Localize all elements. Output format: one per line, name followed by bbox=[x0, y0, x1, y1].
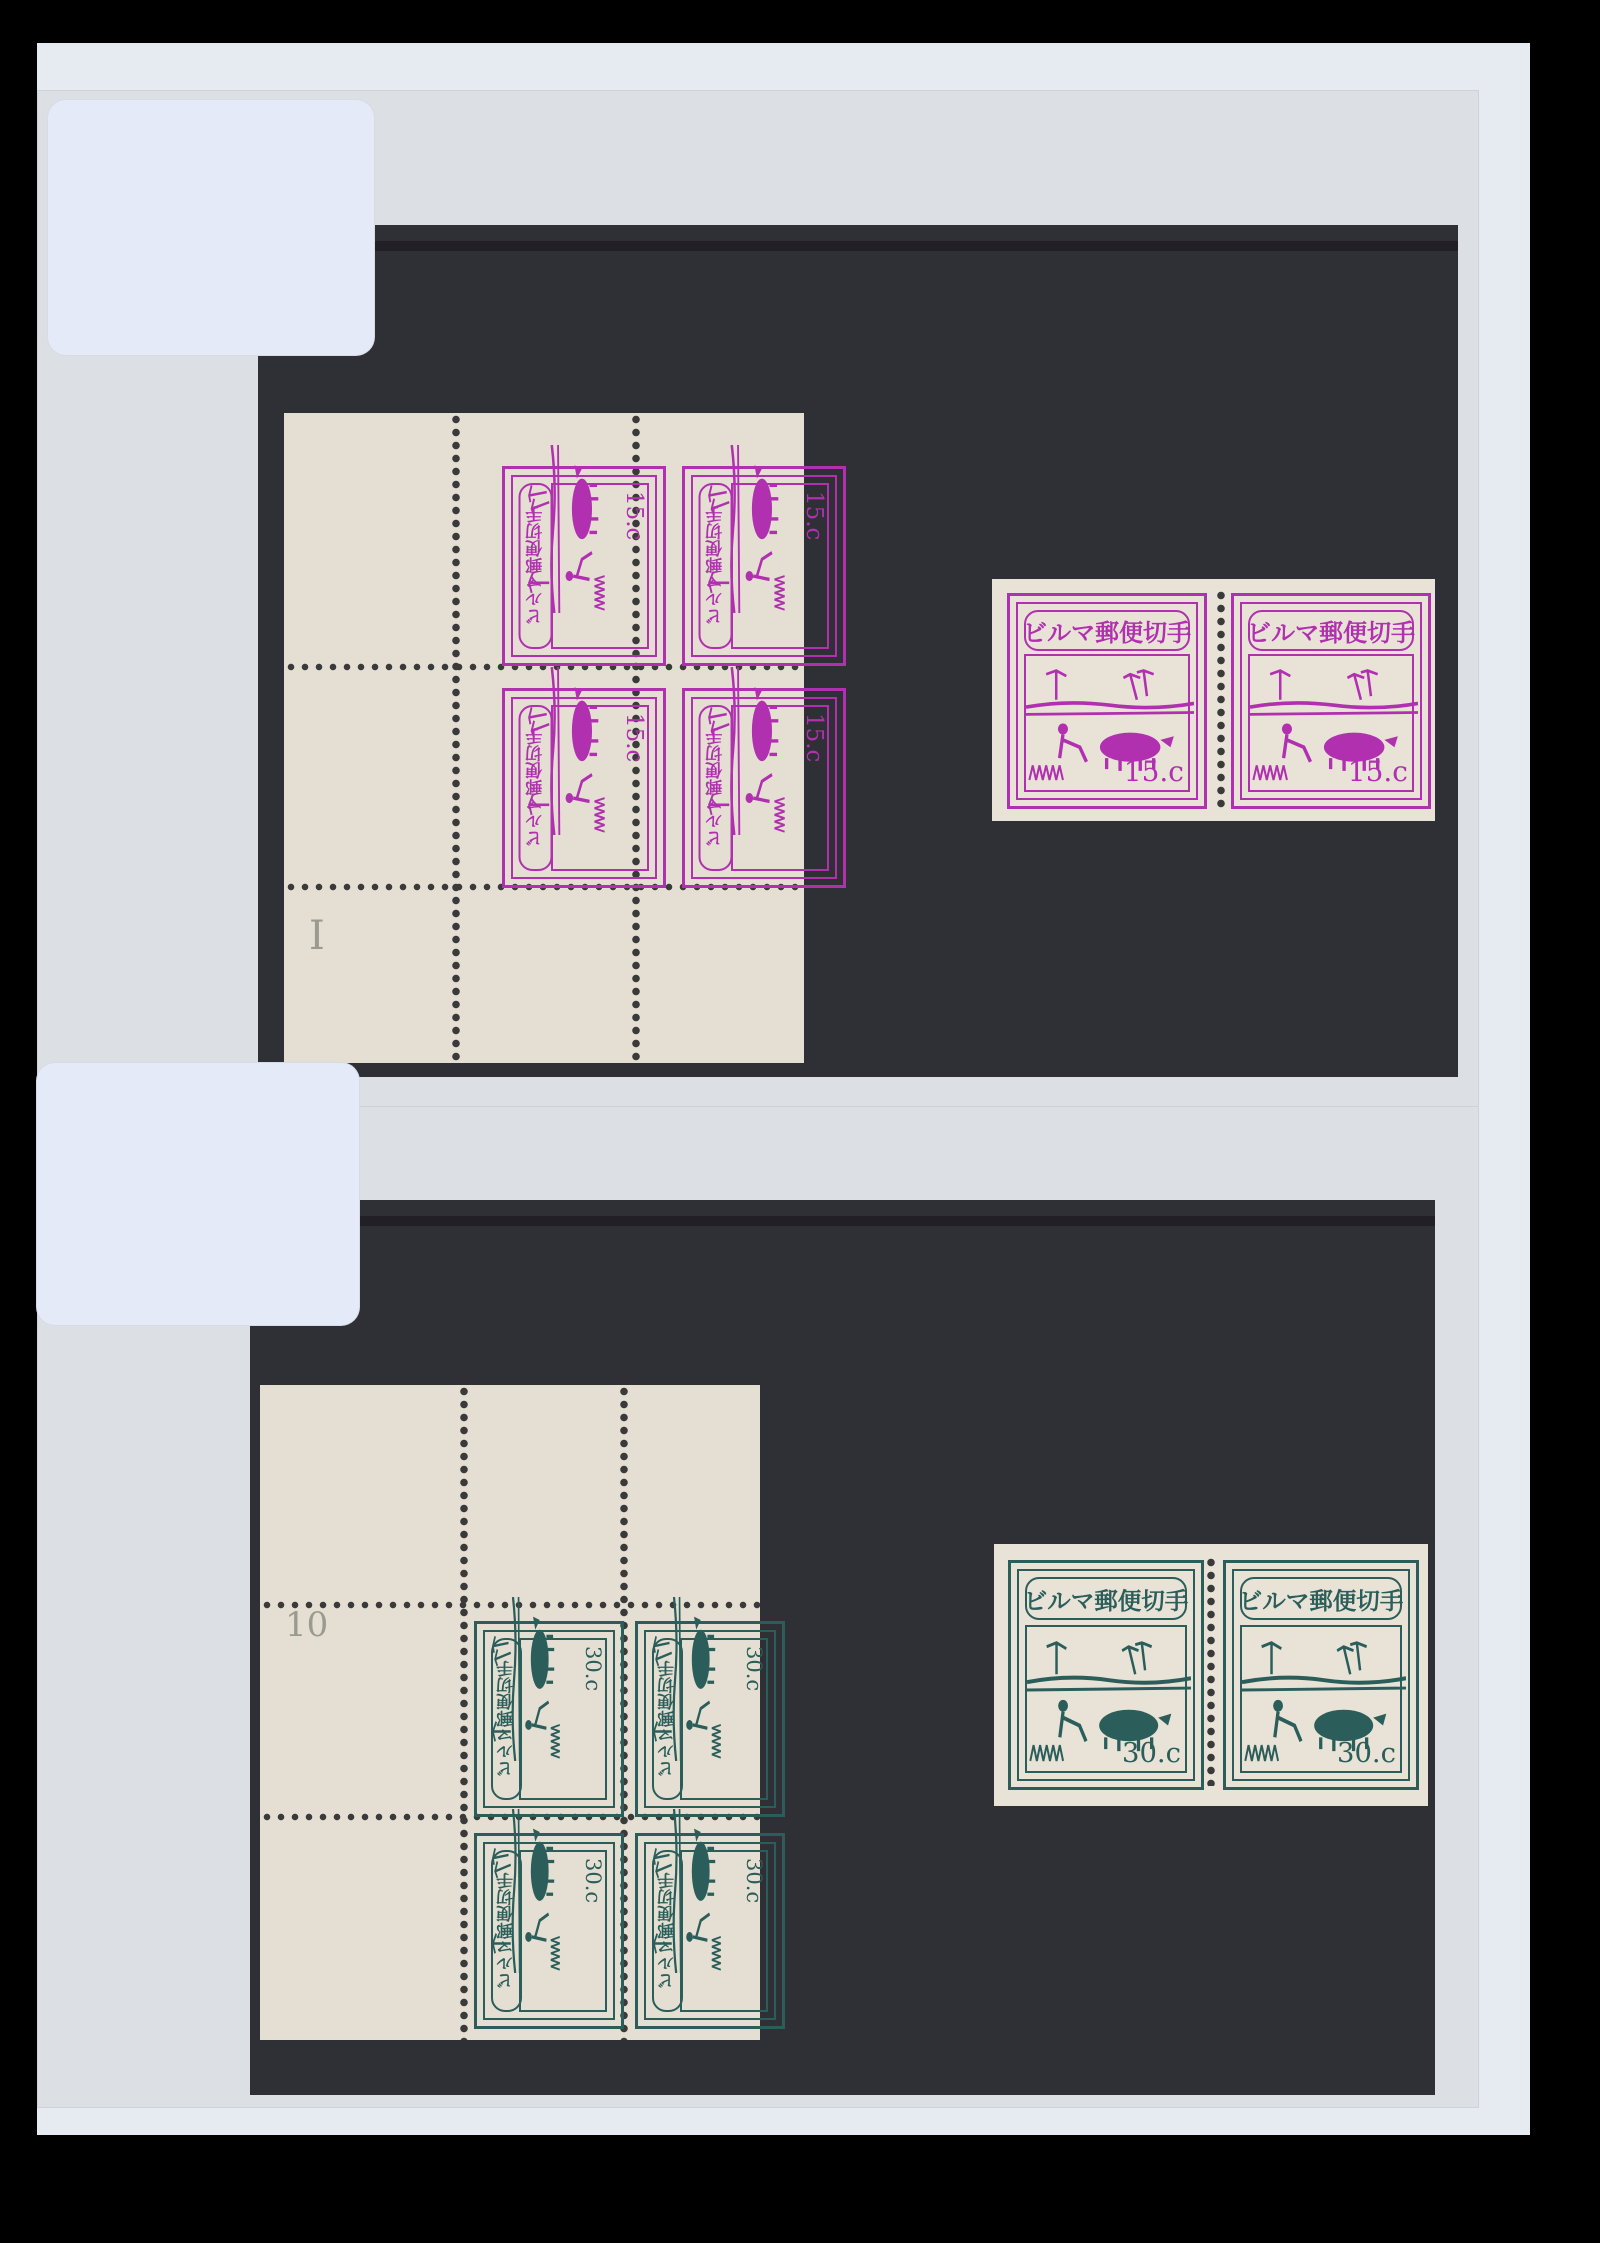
stamp: ビルマ郵便切手 15.c bbox=[682, 688, 846, 888]
stamp: ビルマ郵便切手 30.c bbox=[635, 1833, 785, 2029]
stamp: ビルマ郵便切手 30.c bbox=[635, 1621, 785, 1817]
label-card-top bbox=[48, 100, 374, 355]
pencil-note: I bbox=[309, 913, 325, 959]
stamp-inscription: ビルマ郵便切手 bbox=[1025, 1577, 1187, 1620]
stamp-value: 15.c bbox=[1348, 755, 1408, 788]
stamp-value: 30.c bbox=[581, 1646, 605, 1691]
stamp-inscription: ビルマ郵便切手 bbox=[1240, 1577, 1402, 1620]
stamp-value: 15.c bbox=[801, 713, 827, 762]
stamp: ビルマ郵便切手 15.c bbox=[1231, 593, 1431, 809]
stamp: ビルマ郵便切手 15.c bbox=[682, 466, 846, 666]
stamp-value: 30.c bbox=[742, 1858, 766, 1903]
stamp-value: 30.c bbox=[581, 1858, 605, 1903]
pencil-note: 10 bbox=[285, 1605, 328, 1645]
stamp-value: 30.c bbox=[1122, 1738, 1181, 1769]
stamp: ビルマ郵便切手 15.c bbox=[502, 466, 666, 666]
stamp: ビルマ郵便切手 15.c bbox=[1007, 593, 1207, 809]
stamp-value: 15.c bbox=[621, 713, 647, 762]
stamp-value: 15.c bbox=[801, 491, 827, 540]
stamp: ビルマ郵便切手 30.c bbox=[1223, 1560, 1419, 1790]
stamp-value: 30.c bbox=[1337, 1738, 1396, 1769]
stamp-value: 15.c bbox=[621, 491, 647, 540]
stamp-inscription: ビルマ郵便切手 bbox=[1248, 610, 1414, 651]
stamp-inscription: ビルマ郵便切手 bbox=[1024, 610, 1190, 651]
stamp: ビルマ郵便切手 30.c bbox=[1008, 1560, 1204, 1790]
stamp-value: 30.c bbox=[742, 1646, 766, 1691]
stamp: ビルマ郵便切手 30.c bbox=[474, 1621, 624, 1817]
stamp: ビルマ郵便切手 15.c bbox=[502, 688, 666, 888]
label-card-bottom bbox=[37, 1063, 359, 1325]
album-page: I 10 bbox=[37, 43, 1530, 2135]
stamp: ビルマ郵便切手 30.c bbox=[474, 1833, 624, 2029]
stamp-value: 15.c bbox=[1124, 755, 1184, 788]
